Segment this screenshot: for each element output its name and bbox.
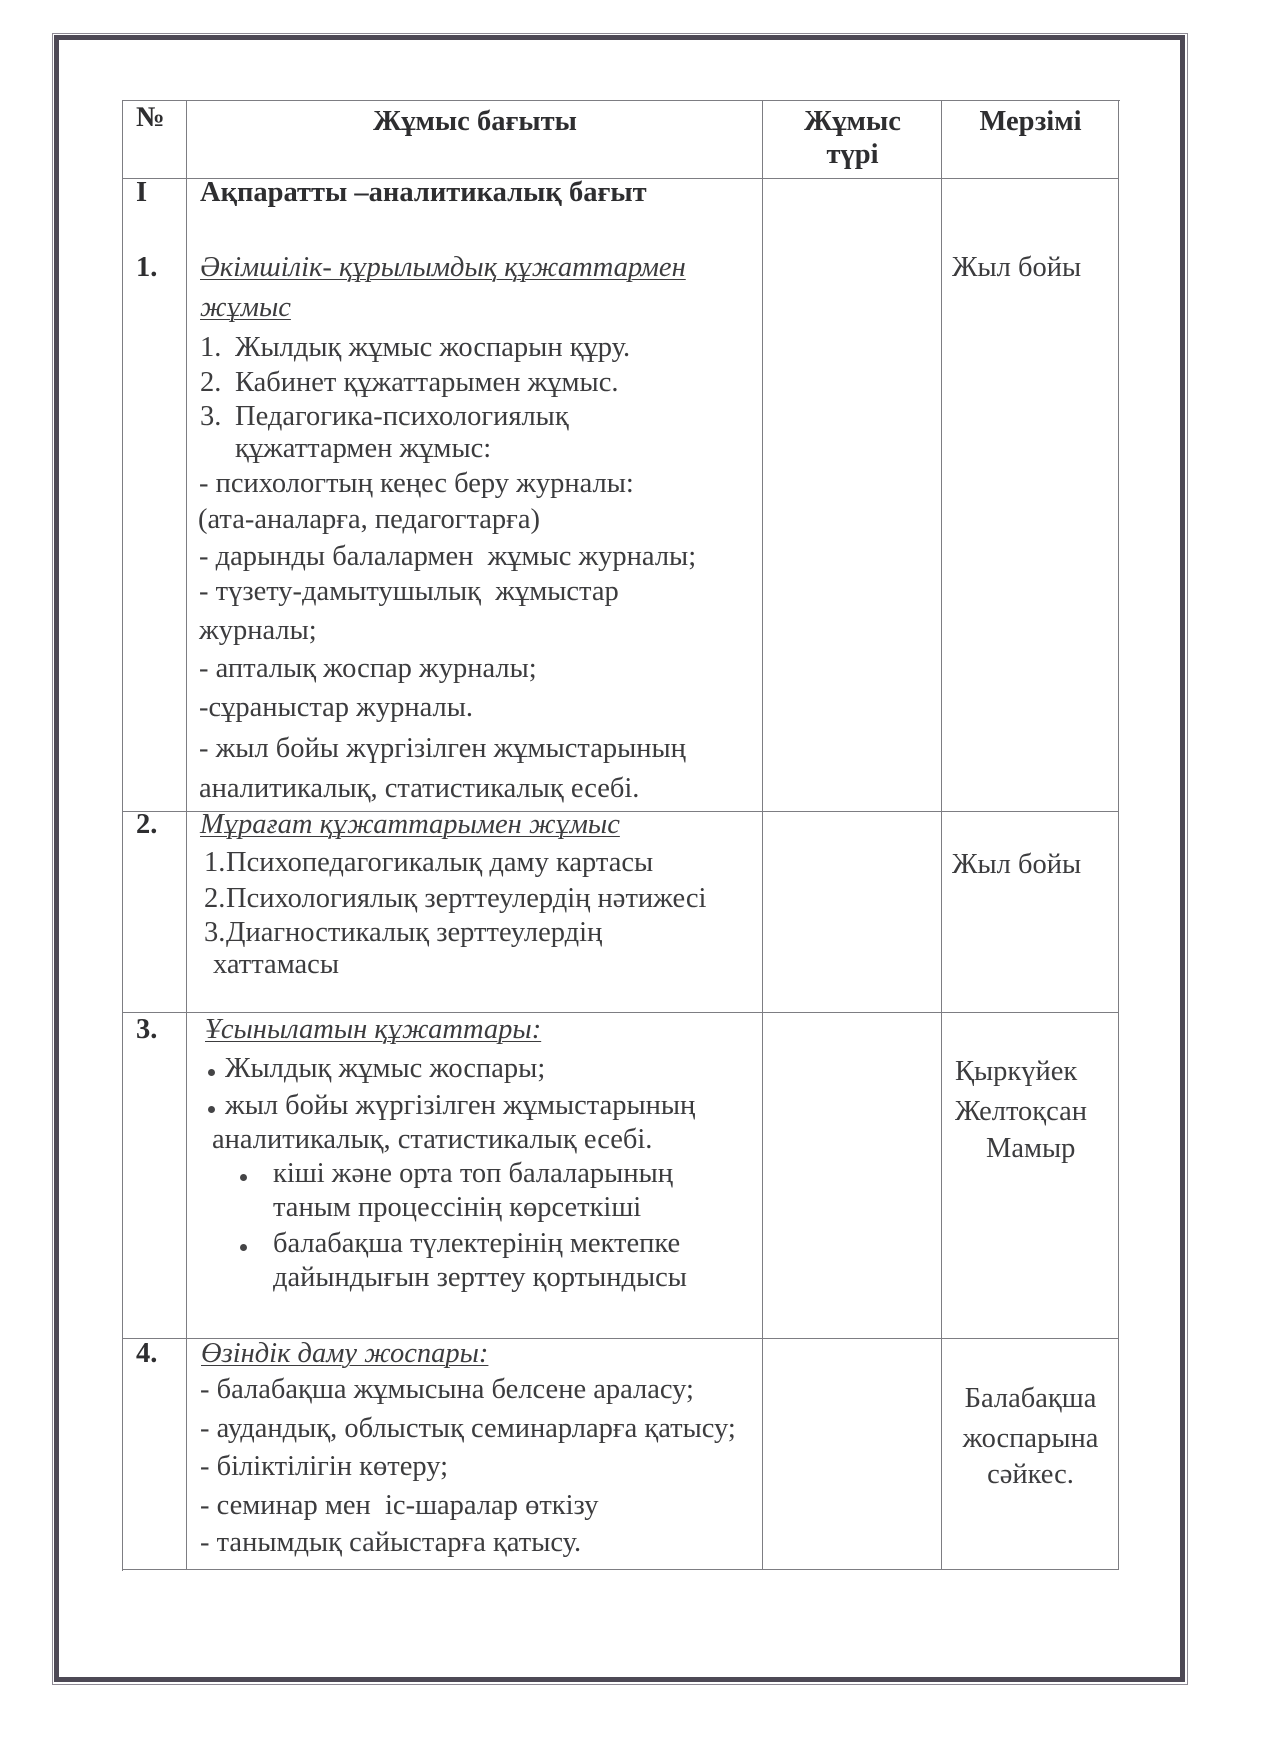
list-item-text: Психопедагогикалық даму картасы	[226, 847, 653, 879]
header-direction: Жұмыс бағыты	[187, 106, 763, 138]
row-3-number-cell	[123, 1013, 187, 1339]
deadline-text: сәйкес.	[942, 1459, 1119, 1491]
journal-line: - психологтың кеңес беру журналы:	[199, 468, 634, 500]
journal-line: аналитикалық, статистикалық есебі.	[199, 773, 639, 805]
list-item-number: 3.	[204, 917, 225, 949]
plan-line: - біліктілігін көтеру;	[200, 1451, 448, 1483]
sub-bullet-text: балабақша түлектерінің мектепке	[273, 1228, 680, 1260]
row-2-deadline-cell	[942, 812, 1119, 1013]
plan-line: - танымдық сайыстарға қатысу.	[200, 1527, 581, 1559]
row-heading: Ұсынылатын құжаттары:	[205, 1014, 541, 1046]
list-item-text: Кабинет құжаттарымен жұмыс.	[235, 367, 618, 399]
row-4-number-cell	[123, 1339, 187, 1570]
plan-line: - семинар мен іс-шаралар өткізу	[200, 1490, 598, 1522]
list-item-number: 2.	[204, 883, 225, 915]
row-2-work-type-cell	[763, 812, 942, 1013]
row-heading: Мұрағат құжаттарымен жұмыс	[200, 809, 620, 841]
row-number: 3.	[136, 1014, 157, 1046]
deadline-text: Қыркүйек	[955, 1056, 1077, 1088]
list-item-text-continued: хаттамасы	[213, 949, 339, 981]
list-item-number: 1.	[200, 332, 221, 364]
list-item-text: Диагностикалық зерттеулердің	[226, 917, 602, 949]
row-number: 4.	[136, 1338, 157, 1370]
list-item-text: Жылдық жұмыс жоспарын құру.	[235, 332, 630, 364]
list-item-text: Психологиялық зерттеулердің нәтижесі	[226, 883, 706, 915]
row-heading-continued: жұмыс	[200, 292, 291, 324]
list-item-text: Педагогика-психологиялық	[235, 401, 569, 433]
sub-bullet-text-continued: таным процессінің көрсеткіші	[273, 1192, 641, 1224]
header-work-type-line2: түрі	[763, 139, 942, 171]
deadline-text: Жыл бойы	[952, 849, 1081, 881]
list-item-text-continued: құжаттармен жұмыс:	[235, 433, 491, 465]
bullet-icon	[208, 1069, 215, 1076]
header-number: №	[136, 102, 165, 134]
deadline-text: жоспарына	[942, 1423, 1119, 1455]
header-deadline: Мерзімі	[942, 106, 1119, 138]
header-work-type-line1: Жұмыс	[763, 106, 942, 138]
deadline-text: Балабақша	[942, 1383, 1119, 1415]
list-item-number: 1.	[204, 847, 225, 879]
row-heading: Өзіндік даму жоспары:	[201, 1338, 488, 1370]
sub-bullet-text-continued: дайындығын зерттеу қортындысы	[273, 1262, 687, 1294]
sub-bullet-text: кіші және орта топ балаларының	[273, 1158, 673, 1190]
plan-line: - балабақша жұмысына белсене араласу;	[200, 1374, 694, 1406]
journal-line: журналы;	[199, 615, 317, 647]
section-title: Ақпаратты –аналитикалық бағыт	[200, 177, 647, 209]
row-1-work-type-cell	[763, 179, 942, 812]
sub-bullet-icon	[240, 1174, 247, 1181]
list-item-number: 2.	[200, 367, 221, 399]
row-number: 2.	[136, 809, 157, 841]
bullet-icon	[208, 1106, 215, 1113]
row-heading: Әкімшілік- құрылымдық құжаттармен	[200, 252, 686, 284]
journal-line: - жыл бойы жүргізілген жұмыстарының	[199, 733, 686, 765]
deadline-text: Жыл бойы	[952, 252, 1081, 284]
row-number: 1.	[136, 252, 157, 284]
plan-line: - аудандық, облыстық семинарларға қатысу…	[200, 1413, 736, 1445]
row-4-work-type-cell	[763, 1339, 942, 1570]
bullet-text: жыл бойы жүргізілген жұмыстарының	[225, 1090, 695, 1122]
bullet-text-continued: аналитикалық, статистикалық есебі.	[212, 1124, 652, 1156]
journal-line: (ата-аналарға, педагогтарға)	[198, 504, 540, 536]
section-number: I	[136, 177, 147, 209]
bullet-text: Жылдық жұмыс жоспары;	[225, 1053, 545, 1085]
journal-line: - түзету-дамытушылық жұмыстар	[199, 576, 619, 608]
row-2-number-cell	[123, 812, 187, 1013]
journal-line: - апталық жоспар журналы;	[199, 653, 537, 685]
deadline-text: Мамыр	[986, 1133, 1075, 1165]
deadline-text: Желтоқсан	[955, 1096, 1087, 1128]
sub-bullet-icon	[240, 1244, 247, 1251]
list-item-number: 3.	[200, 401, 221, 433]
journal-line: - дарынды балалармен жұмыс журналы;	[199, 541, 696, 573]
journal-line: -сұраныстар журналы.	[199, 692, 473, 724]
row-3-work-type-cell	[763, 1013, 942, 1339]
